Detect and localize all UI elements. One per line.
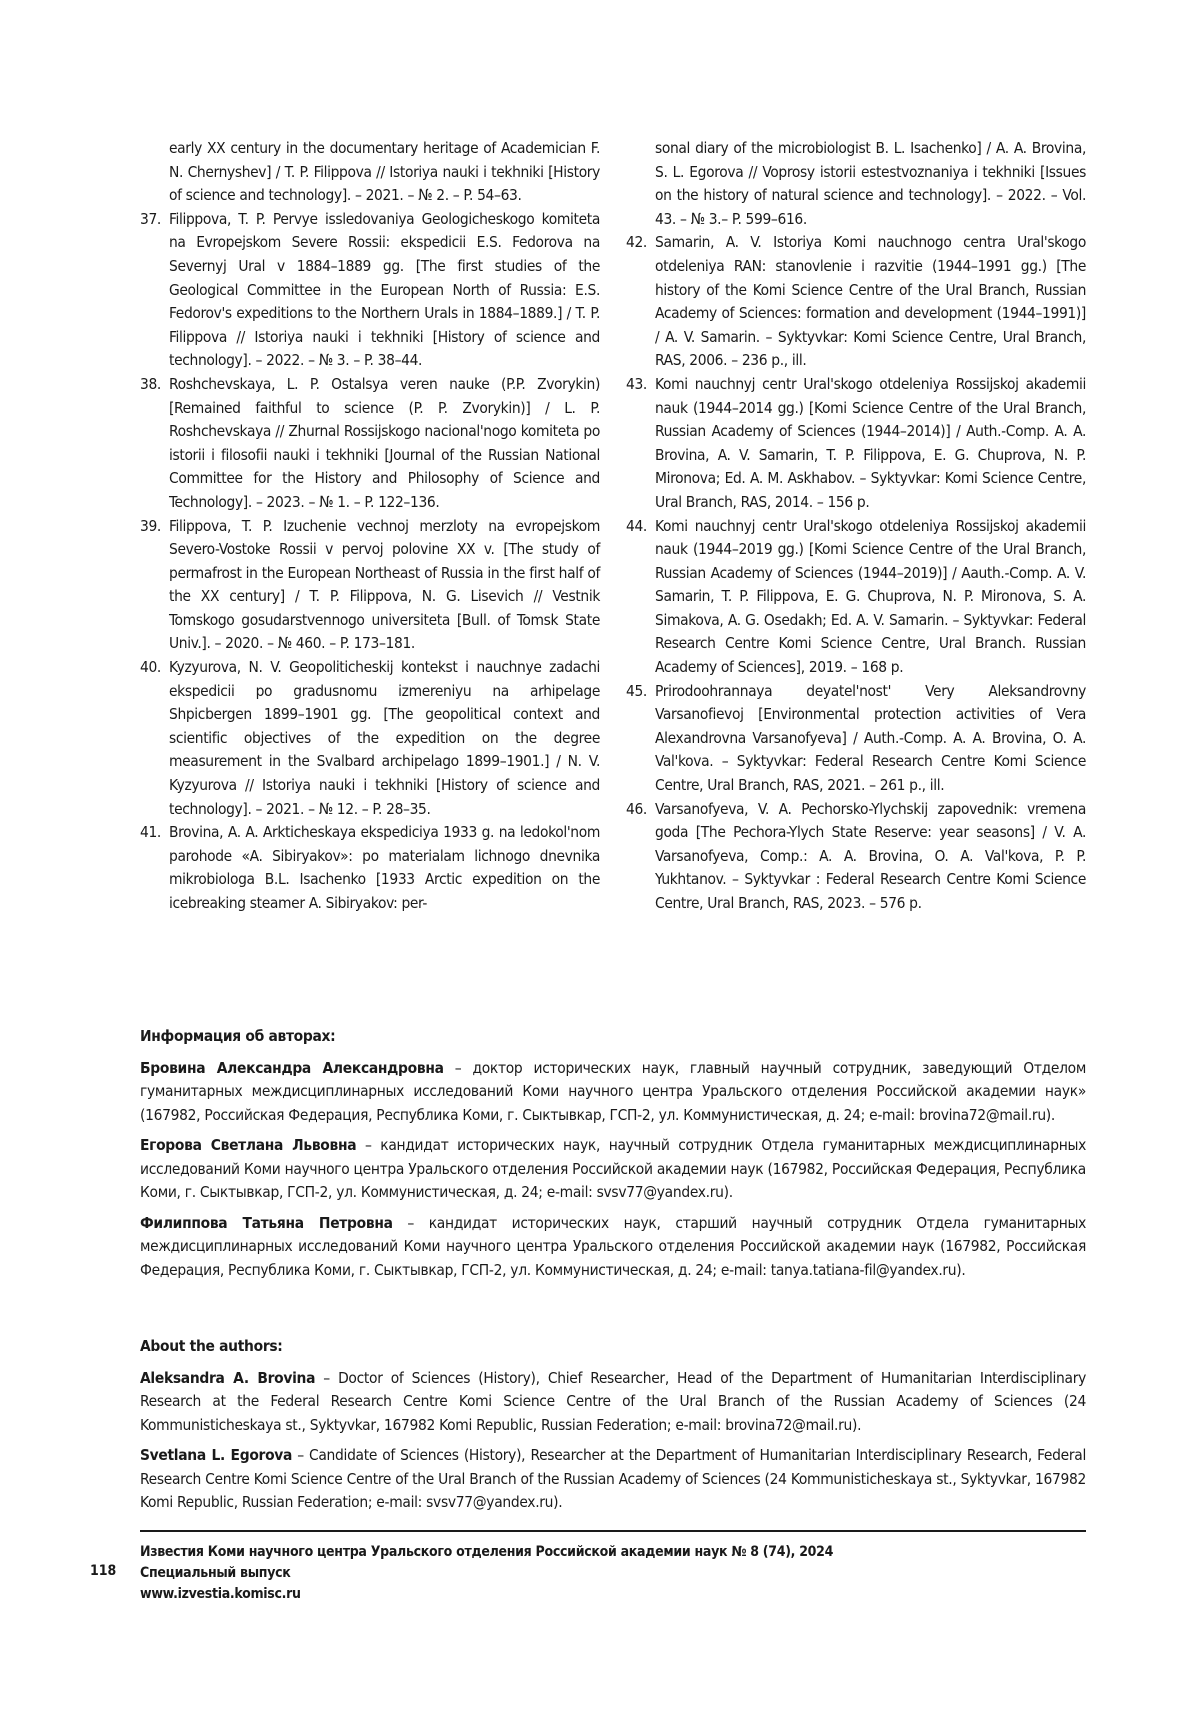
author-name: Aleksandra A. Brovina (140, 1369, 315, 1387)
author-entry: Бровина Александра Александровна – докто… (140, 1057, 1086, 1128)
section-title: About the authors: (140, 1335, 1086, 1359)
reference-item: 41. Brovina, A. A. Arkticheskaya ekspedi… (140, 821, 600, 915)
section-title: Информация об авторах: (140, 1025, 1086, 1049)
reference-item: 38. Roshchevskaya, L. P. Ostalsya veren … (140, 373, 600, 515)
reference-text: Samarin, A. V. Istoriya Komi nauchnogo c… (655, 231, 1086, 373)
references-column-left: early XX century in the documentary heri… (140, 137, 600, 916)
reference-text: Filippova, T. P. Izuchenie vechnoj merzl… (169, 515, 600, 657)
journal-title: Известия Коми научного центра Уральского… (140, 1542, 833, 1563)
references-column-right: sonal diary of the microbiologist B. L. … (626, 137, 1086, 916)
reference-number: 43. (626, 373, 655, 515)
reference-text: Prirodoohrannaya deyatel'nost' Very Alek… (655, 680, 1086, 798)
reference-number: 44. (626, 515, 655, 680)
reference-text: Komi nauchnyj centr Ural'skogo otdeleniy… (655, 373, 1086, 515)
reference-item: 43. Komi nauchnyj centr Ural'skogo otdel… (626, 373, 1086, 515)
author-entry: Филиппова Татьяна Петровна – кандидат ис… (140, 1212, 1086, 1283)
reference-number: 38. (140, 373, 169, 515)
reference-item: sonal diary of the microbiologist B. L. … (626, 137, 1086, 231)
author-name: Егорова Светлана Львовна (140, 1136, 356, 1154)
author-name: Бровина Александра Александровна (140, 1059, 444, 1077)
reference-text: Roshchevskaya, L. P. Ostalsya veren nauk… (169, 373, 600, 515)
reference-item: 39. Filippova, T. P. Izuchenie vechnoj m… (140, 515, 600, 657)
author-entry: Aleksandra A. Brovina – Doctor of Scienc… (140, 1367, 1086, 1438)
page-number: 118 (90, 1563, 116, 1579)
reference-item: 42. Samarin, A. V. Istoriya Komi nauchno… (626, 231, 1086, 373)
reference-item: 40. Kyzyurova, N. V. Geopoliticheskij ko… (140, 656, 600, 821)
author-name: Филиппова Татьяна Петровна (140, 1214, 393, 1232)
reference-text: sonal diary of the microbiologist B. L. … (655, 137, 1086, 231)
reference-number: 42. (626, 231, 655, 373)
reference-item: 44. Komi nauchnyj centr Ural'skogo otdel… (626, 515, 1086, 680)
reference-number: 45. (626, 680, 655, 798)
reference-text: Varsanofyeva, V. A. Pechorsko-Ylychskij … (655, 798, 1086, 916)
reference-number: 40. (140, 656, 169, 821)
reference-number: 39. (140, 515, 169, 657)
footer-divider (140, 1530, 1086, 1532)
reference-text: Brovina, A. A. Arkticheskaya ekspediciya… (169, 821, 600, 915)
reference-number: 37. (140, 208, 169, 373)
authors-info-en: About the authors: Aleksandra A. Brovina… (140, 1335, 1086, 1522)
author-entry: Svetlana L. Egorova – Candidate of Scien… (140, 1444, 1086, 1515)
reference-item: 46. Varsanofyeva, V. A. Pechorsko-Ylychs… (626, 798, 1086, 916)
reference-item: 37. Filippova, T. P. Pervye issledovaniy… (140, 208, 600, 373)
author-entry: Егорова Светлана Львовна – кандидат исто… (140, 1134, 1086, 1205)
issue-label: Специальный выпуск (140, 1563, 833, 1584)
author-name: Svetlana L. Egorova (140, 1446, 292, 1464)
reference-item: 45. Prirodoohrannaya deyatel'nost' Very … (626, 680, 1086, 798)
reference-text: Kyzyurova, N. V. Geopoliticheskij kontek… (169, 656, 600, 821)
reference-item: early XX century in the documentary heri… (140, 137, 600, 208)
reference-number: 46. (626, 798, 655, 916)
reference-text: Filippova, T. P. Pervye issledovaniya Ge… (169, 208, 600, 373)
website-link[interactable]: www.izvestia.komisc.ru (140, 1584, 833, 1605)
authors-info-ru: Информация об авторах: Бровина Александр… (140, 1025, 1086, 1289)
reference-number: 41. (140, 821, 169, 915)
reference-text: early XX century in the documentary heri… (169, 137, 600, 208)
page-footer: Известия Коми научного центра Уральского… (140, 1542, 833, 1605)
reference-text: Komi nauchnyj centr Ural'skogo otdeleniy… (655, 515, 1086, 680)
journal-page: early XX century in the documentary heri… (0, 0, 1200, 1713)
references-list: early XX century in the documentary heri… (140, 137, 1086, 916)
